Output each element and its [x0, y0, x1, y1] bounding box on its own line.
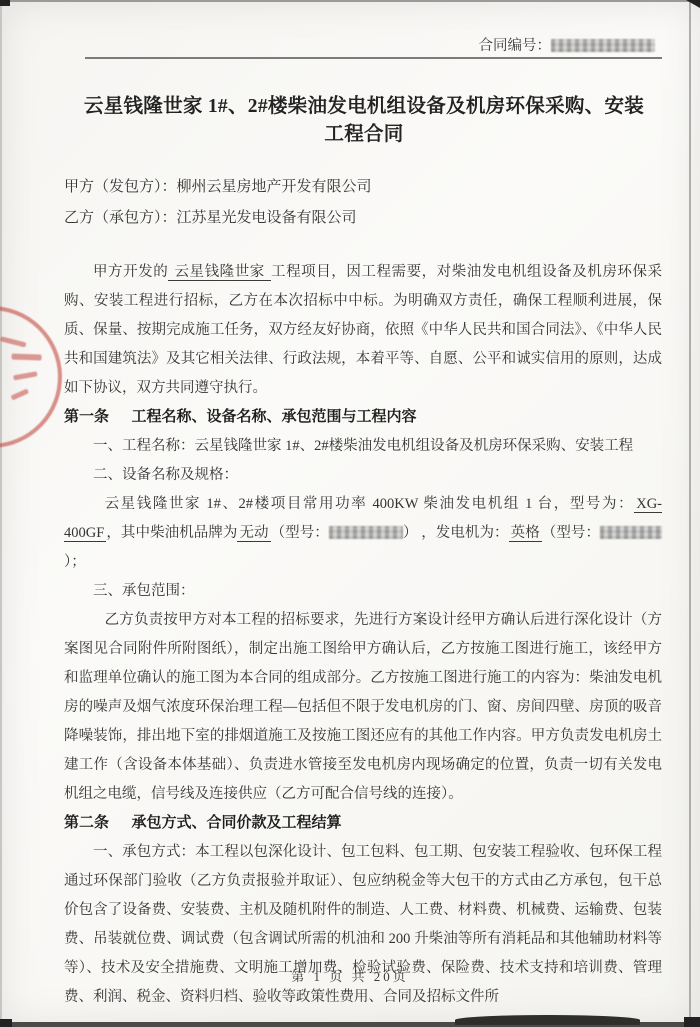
stamp-mark — [13, 371, 38, 380]
contract-number-redacted — [551, 39, 655, 52]
article-2-heading: 第二条承包方式、合同价款及工程结算 — [64, 809, 662, 838]
equip-text: （型号： — [542, 525, 600, 541]
scan-edge-top — [0, 0, 700, 2]
article-1-number: 第一条 — [64, 409, 109, 425]
document-body: 云星钱隆世家 1#、2#楼柴油发电机组设备及机房环保采购、安装 工程合同 甲方（… — [0, 93, 700, 1012]
stamp-mark — [11, 354, 41, 361]
article-2-title: 承包方式、合同价款及工程结算 — [132, 815, 342, 831]
party-b-line: 乙方（承包方）：江苏星光发电设备有限公司 — [64, 203, 662, 234]
article-1-title: 工程名称、设备名称、承包范围与工程内容 — [132, 409, 417, 425]
engine-brand-underlined: 无动 — [237, 525, 270, 542]
scan-corner-bottom-right — [684, 1017, 700, 1027]
article-2-number: 第二条 — [64, 815, 109, 831]
equipment-spec-paragraph: 云星钱隆世家 1#、2#楼项目常用功率 400KW 柴油发电机组 1 台，型号为… — [64, 490, 662, 577]
article-2-paragraph-1: 一、承包方式：本工程以包深化设计、包工包料、包工期、包安装工程验收、包环保工程通… — [64, 838, 662, 1012]
engine-model-redacted — [329, 526, 403, 539]
intro-paragraph: 甲方开发的 云星钱隆世家 工程项目，因工程需要，对柴油发电机组设备及机房环保采购… — [64, 258, 662, 403]
page-number: 第 1 页 共 20页 — [0, 966, 700, 985]
title-line-1: 云星钱隆世家 1#、2#楼柴油发电机组设备及机房环保采购、安装 — [64, 93, 664, 121]
equip-text: ） ，发电机为： — [403, 525, 509, 541]
scan-bottom-shadow — [455, 1015, 640, 1025]
article-1-item-3: 三、承包范围： — [64, 577, 662, 606]
alternator-brand-underlined: 英格 — [509, 525, 542, 542]
contract-number-row: 合同编号： — [0, 0, 700, 55]
equip-text: ）； — [64, 554, 86, 570]
scan-edge-right — [689, 0, 691, 1027]
equip-text: （型号： — [271, 525, 329, 541]
scanned-contract-page: 合同编号： 云星钱隆世家 1#、2#楼柴油发电机组设备及机房环保采购、安装 工程… — [0, 0, 700, 1027]
scan-edge-left — [0, 0, 2, 1027]
scan-corner-bottom-left — [0, 1019, 12, 1027]
parties-block: 甲方（发包方）：柳州云星房地产开发有限公司 乙方（承包方）：江苏星光发电设备有限… — [64, 172, 662, 234]
contract-number-label: 合同编号： — [479, 38, 552, 54]
equip-text: ，其中柴油机品牌为 — [106, 525, 237, 541]
intro-post: 工程项目，因工程需要，对柴油发电机组设备及机房环保采购、安装工程进行招标，乙方在… — [64, 264, 662, 396]
article-1-heading: 第一条工程名称、设备名称、承包范围与工程内容 — [64, 403, 662, 432]
alternator-model-redacted — [600, 526, 662, 539]
title-line-2: 工程合同 — [64, 121, 664, 149]
header-rule — [85, 57, 662, 59]
article-1-item-1: 一、工程名称：云星钱隆世家 1#、2#楼柴油发电机组设备及机房环保采购、安装工程 — [64, 432, 662, 461]
stamp-mark — [0, 336, 26, 347]
stamp-mark — [11, 389, 29, 401]
document-title: 云星钱隆世家 1#、2#楼柴油发电机组设备及机房环保采购、安装 工程合同 — [64, 93, 664, 148]
project-name-underlined: 云星钱隆世家 — [168, 264, 271, 281]
article-1-item-2: 二、设备名称及规格： — [64, 461, 662, 490]
party-a-line: 甲方（发包方）：柳州云星房地产开发有限公司 — [64, 172, 662, 203]
scan-corner-top-left — [0, 0, 10, 6]
equip-text: 云星钱隆世家 1#、2#楼项目常用功率 400KW 柴油发电机组 1 台，型号为… — [105, 496, 635, 512]
intro-pre: 甲方开发的 — [93, 264, 168, 280]
scope-paragraph: 乙方负责按甲方对本工程的招标要求，先进行方案设计经甲方确认后进行深化设计（方案图… — [64, 606, 662, 809]
